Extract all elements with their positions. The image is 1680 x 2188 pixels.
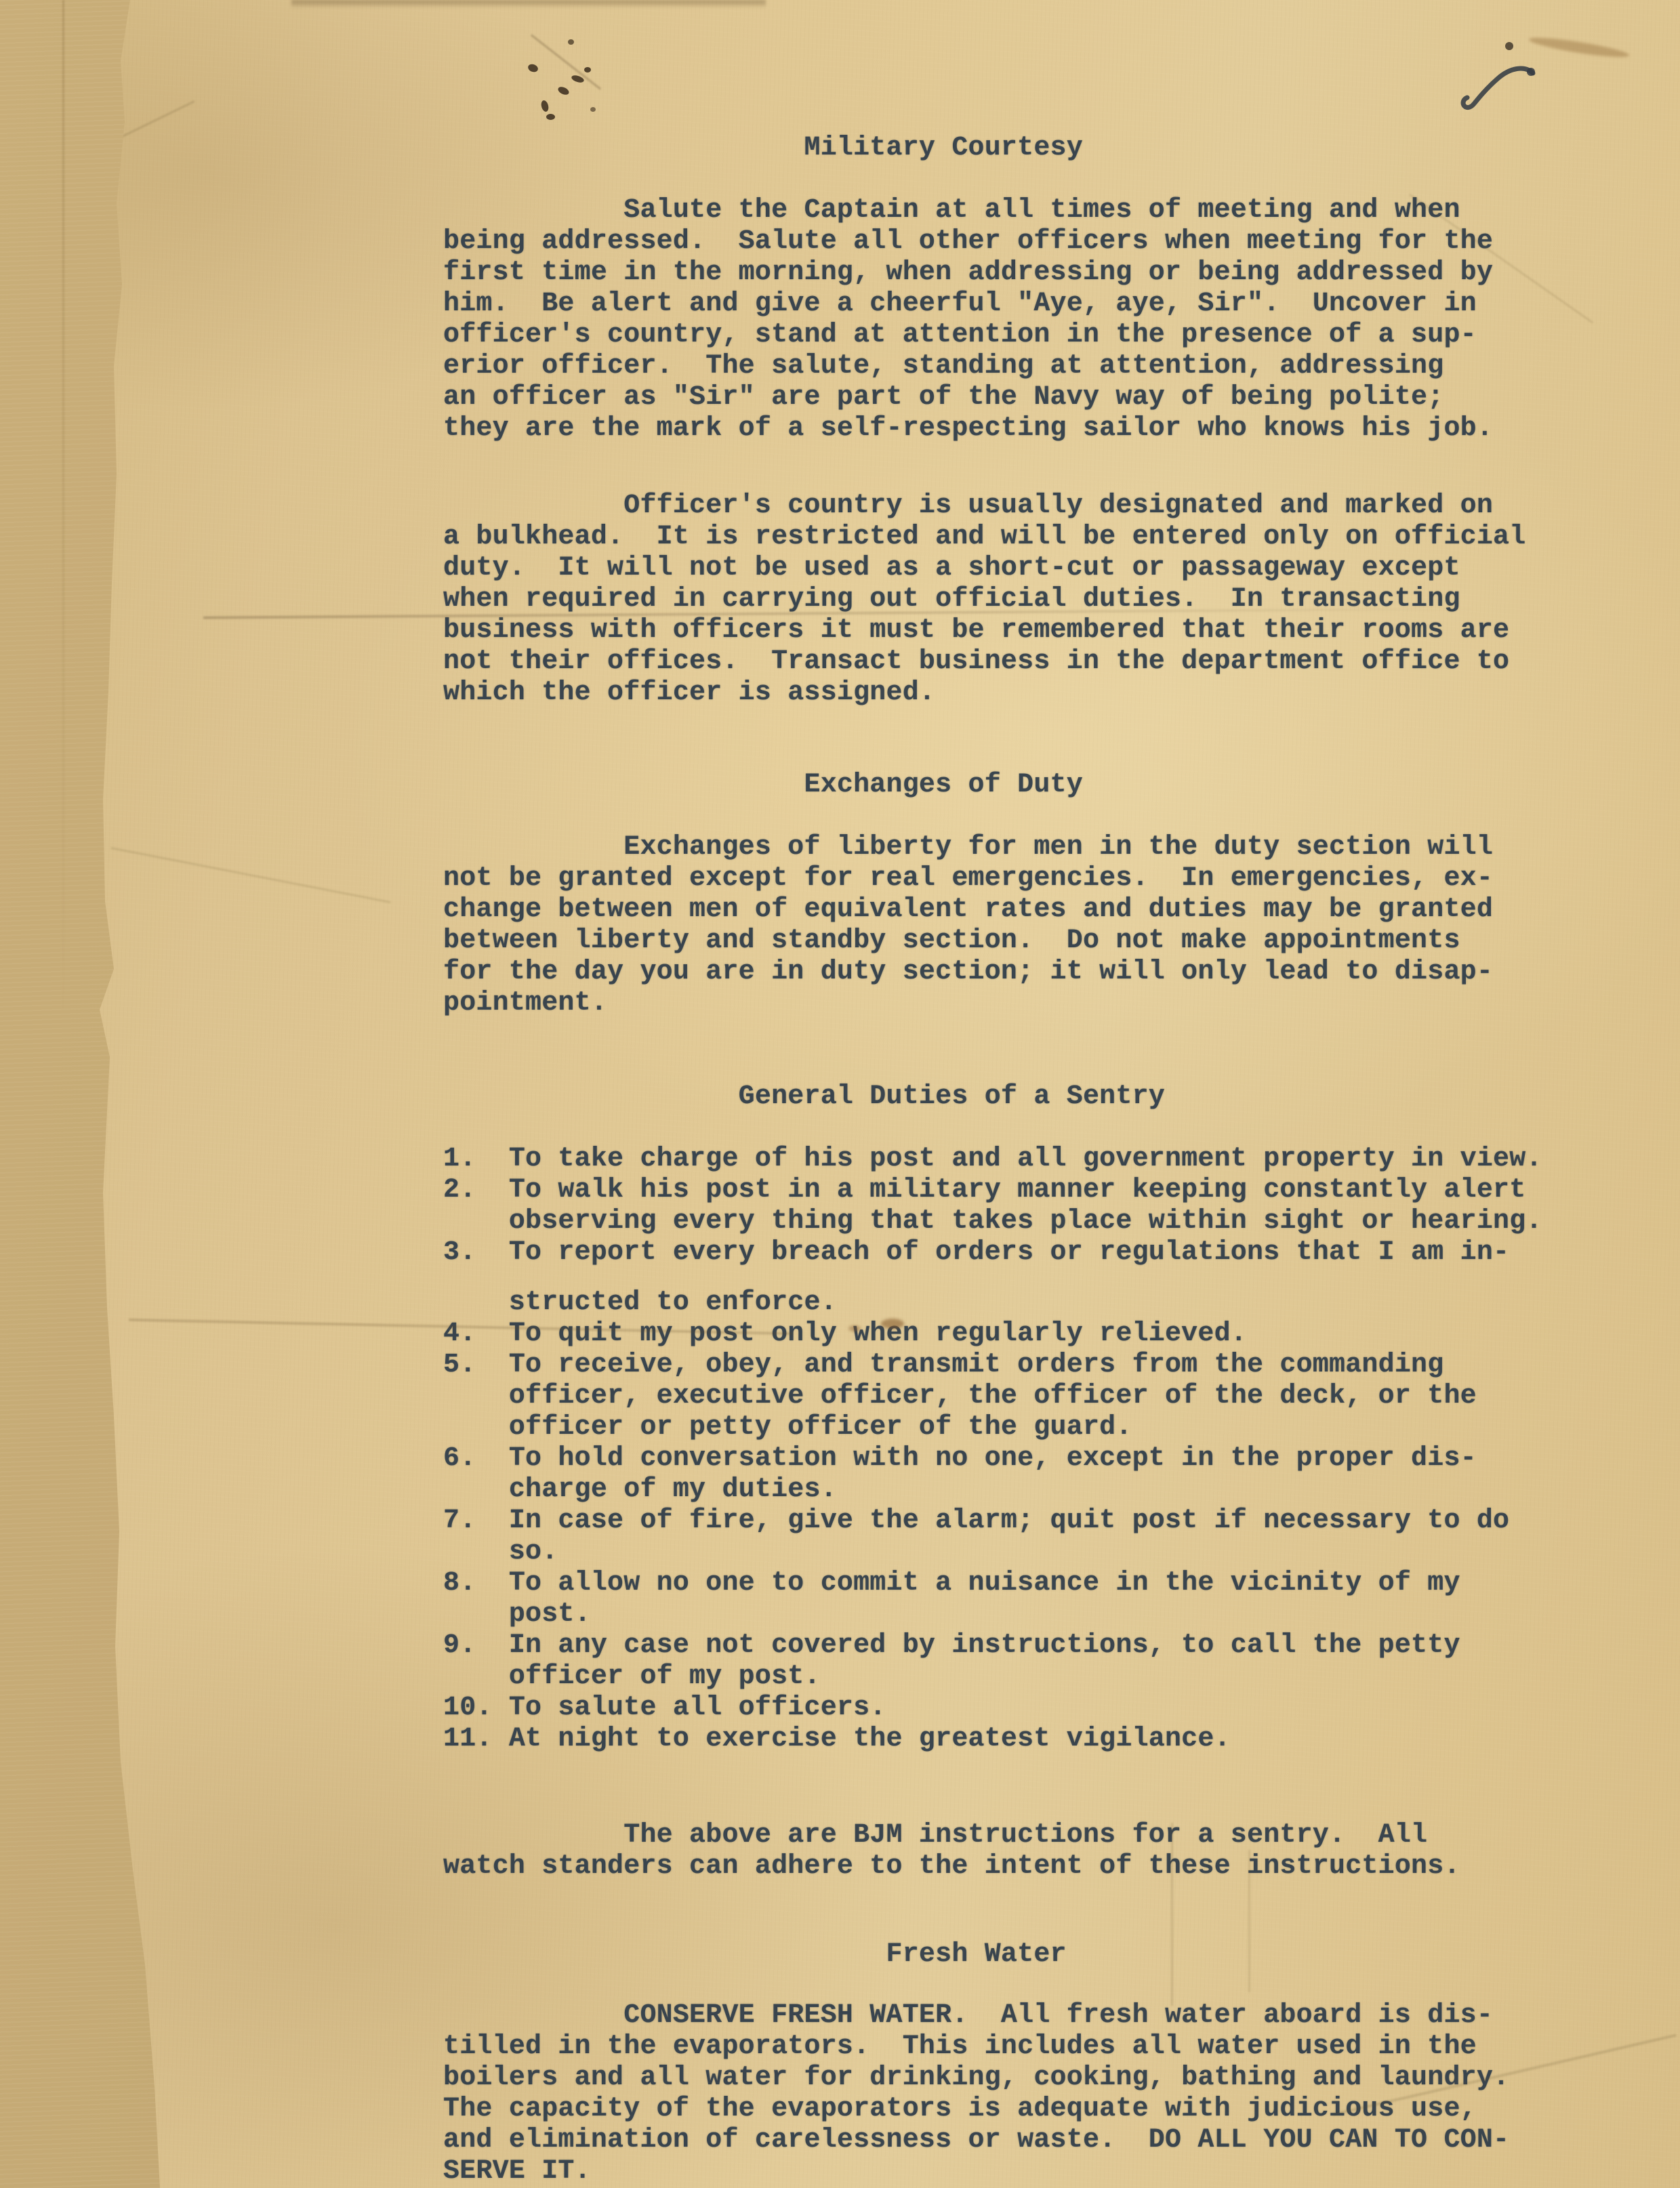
ink-speck (568, 39, 574, 45)
paper-stain (848, 1325, 861, 1332)
ink-speck (527, 63, 539, 73)
ink-speck (590, 107, 596, 112)
paper-smudge (1528, 34, 1631, 60)
sentry-duties-list-items-1-3: 1. To take charge of his post and all go… (443, 1144, 1542, 1268)
paragraph-exchanges-of-duty: Exchanges of liberty for men in the duty… (443, 832, 1493, 1019)
section-heading-military-courtesy: Military Courtesy (443, 133, 1083, 164)
paper-stain (881, 1319, 904, 1329)
ink-speck (546, 114, 555, 120)
paragraph-saluting: Salute the Captain at all times of meeti… (443, 195, 1493, 445)
paper-crease (1248, 1850, 1250, 1992)
ink-speck (557, 85, 571, 96)
section-heading-fresh-water: Fresh Water (443, 1939, 1067, 1970)
ink-speck (584, 67, 591, 73)
paper-crease (1171, 1823, 1173, 2006)
paragraph-fresh-water: CONSERVE FRESH WATER. All fresh water ab… (443, 2000, 1509, 2187)
sentry-duties-list-items-3-11: structed to enforce. 4. To quit my post … (443, 1287, 1509, 1755)
paragraph-bjm-instructions: The above are BJM instructions for a sen… (443, 1820, 1460, 1882)
section-heading-general-duties: General Duties of a Sentry (443, 1081, 1165, 1113)
top-edge-shadow (291, 0, 766, 8)
paragraph-officers-country: Officer's country is usually designated … (443, 491, 1525, 709)
under-sheet-crease (62, 0, 64, 1016)
paper-crease (111, 847, 391, 903)
section-heading-exchanges-of-duty: Exchanges of Duty (443, 770, 1083, 801)
scanned-page: Military Courtesy Salute the Captain at … (0, 0, 1680, 2188)
ink-smudge-streak (531, 34, 601, 89)
ink-speck (540, 100, 550, 112)
